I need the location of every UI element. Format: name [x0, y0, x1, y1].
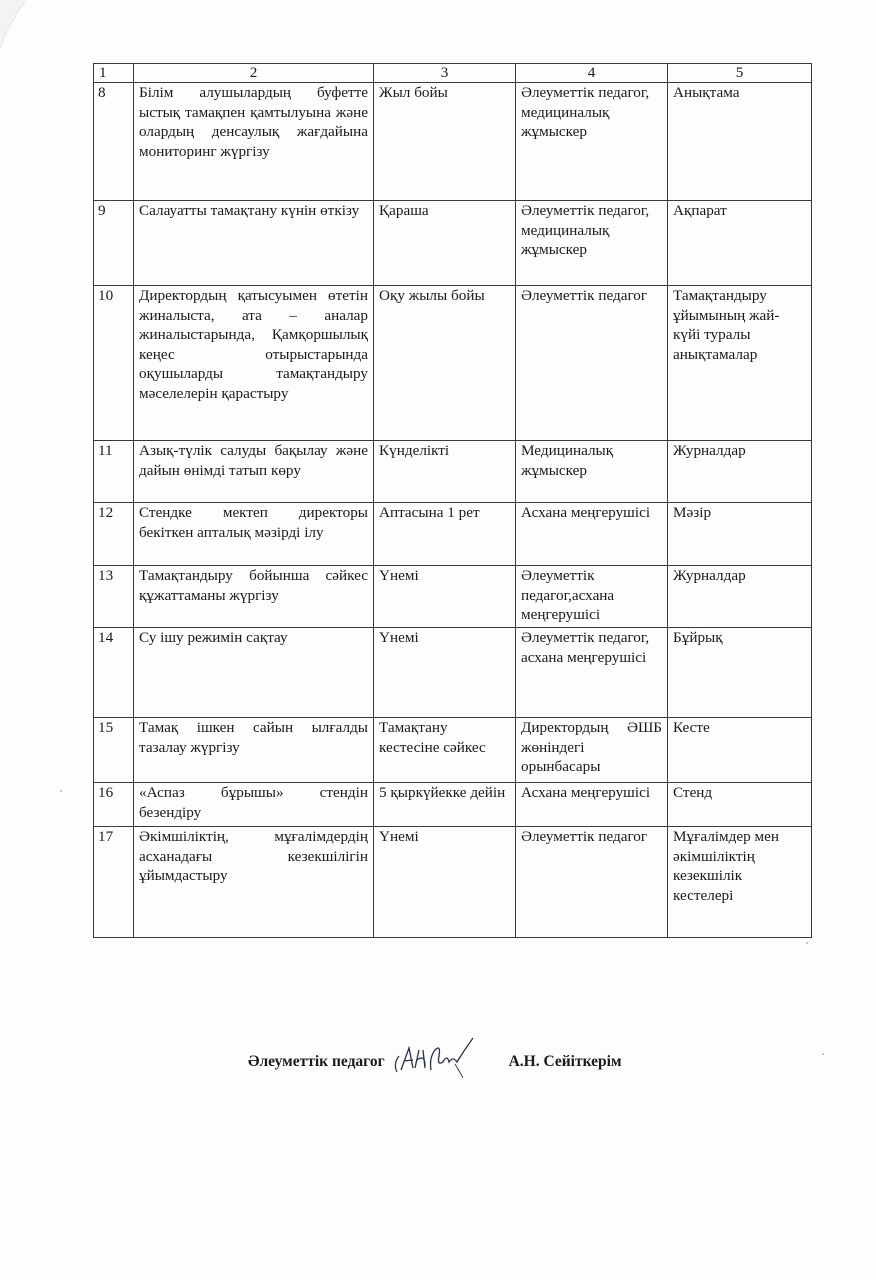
page-corner-fold — [0, 0, 30, 50]
activity-cell: Су ішу режимін сақтау — [134, 628, 374, 718]
row-number: 11 — [94, 441, 134, 503]
timing-cell: Жыл бойы — [374, 83, 516, 201]
row-number: 8 — [94, 83, 134, 201]
responsible-cell: Әлеуметтік педагог — [516, 827, 668, 938]
header-col-2: 2 — [134, 64, 374, 83]
handwritten-signature-icon — [391, 1034, 491, 1078]
output-cell: Мұғалімдер мен әкімшіліктің кезекшілік к… — [668, 827, 812, 938]
table-row: 11 Азық-түлік салуды бақылау және дайын … — [94, 441, 812, 503]
table-header-row: 1 2 3 4 5 — [94, 64, 812, 83]
timing-cell: Үнемі — [374, 566, 516, 628]
timing-cell: Оқу жылы бойы — [374, 286, 516, 441]
timing-cell: Үнемі — [374, 628, 516, 718]
activity-cell: «Аспаз бұрышы» стендін безендіру — [134, 783, 374, 827]
table-row: 16 «Аспаз бұрышы» стендін безендіру 5 қы… — [94, 783, 812, 827]
scan-artifact — [60, 790, 62, 792]
output-cell: Анықтама — [668, 83, 812, 201]
output-cell: Журналдар — [668, 566, 812, 628]
output-cell: Тамақтандыру ұйымының жай-күйі туралы ан… — [668, 286, 812, 441]
row-number: 9 — [94, 201, 134, 286]
timing-cell: Тамақтану кестесіне сәйкес — [374, 718, 516, 783]
activity-cell: Тамақтандыру бойынша сәйкес құжаттаманы … — [134, 566, 374, 628]
responsible-cell: Асхана меңгерушісі — [516, 503, 668, 566]
scan-artifact — [806, 942, 808, 944]
activity-cell: Стендке мектеп директоры бекіткен апталы… — [134, 503, 374, 566]
output-cell: Стенд — [668, 783, 812, 827]
activity-cell: Салауатты тамақтану күнін өткізу — [134, 201, 374, 286]
output-cell: Мәзір — [668, 503, 812, 566]
row-number: 13 — [94, 566, 134, 628]
header-col-4: 4 — [516, 64, 668, 83]
output-cell: Кесте — [668, 718, 812, 783]
row-number: 12 — [94, 503, 134, 566]
row-number: 16 — [94, 783, 134, 827]
table-row: 10 Директордың қатысуымен өтетін жиналыс… — [94, 286, 812, 441]
output-cell: Бұйрық — [668, 628, 812, 718]
responsible-cell: Асхана меңгерушісі — [516, 783, 668, 827]
timing-cell: 5 қыркүйекке дейін — [374, 783, 516, 827]
header-col-1: 1 — [94, 64, 134, 83]
timing-cell: Үнемі — [374, 827, 516, 938]
responsible-cell: Медициналық жұмыскер — [516, 441, 668, 503]
table-row: 9 Салауатты тамақтану күнін өткізу Қараш… — [94, 201, 812, 286]
table-row: 8 Білім алушылардың буфетте ыстық тамақп… — [94, 83, 812, 201]
header-col-3: 3 — [374, 64, 516, 83]
signatory-name: А.Н. Сейіткерім — [509, 1053, 622, 1071]
output-cell: Ақпарат — [668, 201, 812, 286]
activity-cell: Директордың қатысуымен өтетін жиналыста,… — [134, 286, 374, 441]
table-row: 15 Тамақ ішкен сайын ылғалды тазалау жүр… — [94, 718, 812, 783]
row-number: 10 — [94, 286, 134, 441]
header-col-5: 5 — [668, 64, 812, 83]
responsible-cell: Әлеуметтік педагог — [516, 286, 668, 441]
output-cell: Журналдар — [668, 441, 812, 503]
activity-plan-table: 1 2 3 4 5 8 Білім алушылардың буфетте ыс… — [93, 63, 812, 938]
timing-cell: Күнделікті — [374, 441, 516, 503]
table-row: 12 Стендке мектеп директоры бекіткен апт… — [94, 503, 812, 566]
scan-artifact — [822, 1053, 824, 1055]
responsible-cell: Әлеуметтік педагог,асхана меңгерушісі — [516, 566, 668, 628]
table-row: 17 Әкімшіліктің, мұғалімдердің асханадағ… — [94, 827, 812, 938]
row-number: 15 — [94, 718, 134, 783]
responsible-cell: Әлеуметтік педагог, медициналық жұмыскер — [516, 201, 668, 286]
activity-cell: Азық-түлік салуды бақылау және дайын өні… — [134, 441, 374, 503]
activity-cell: Білім алушылардың буфетте ыстық тамақпен… — [134, 83, 374, 201]
signatory-position: Әлеуметтік педагог — [248, 1053, 385, 1071]
responsible-cell: Әлеуметтік педагог, асхана меңгерушісі — [516, 628, 668, 718]
activity-cell: Тамақ ішкен сайын ылғалды тазалау жүргіз… — [134, 718, 374, 783]
row-number: 17 — [94, 827, 134, 938]
table-row: 13 Тамақтандыру бойынша сәйкес құжаттама… — [94, 566, 812, 628]
signature-block: Әлеуметтік педагог А.Н. Сейіткерім — [248, 1040, 622, 1084]
responsible-cell: Әлеуметтік педагог, медициналық жұмыскер — [516, 83, 668, 201]
row-number: 14 — [94, 628, 134, 718]
responsible-cell: Директордың ӘШБ жөніндегі орынбасары — [516, 718, 668, 783]
timing-cell: Қараша — [374, 201, 516, 286]
table-row: 14 Су ішу режимін сақтау Үнемі Әлеуметті… — [94, 628, 812, 718]
timing-cell: Аптасына 1 рет — [374, 503, 516, 566]
activity-cell: Әкімшіліктің, мұғалімдердің асханадағы к… — [134, 827, 374, 938]
